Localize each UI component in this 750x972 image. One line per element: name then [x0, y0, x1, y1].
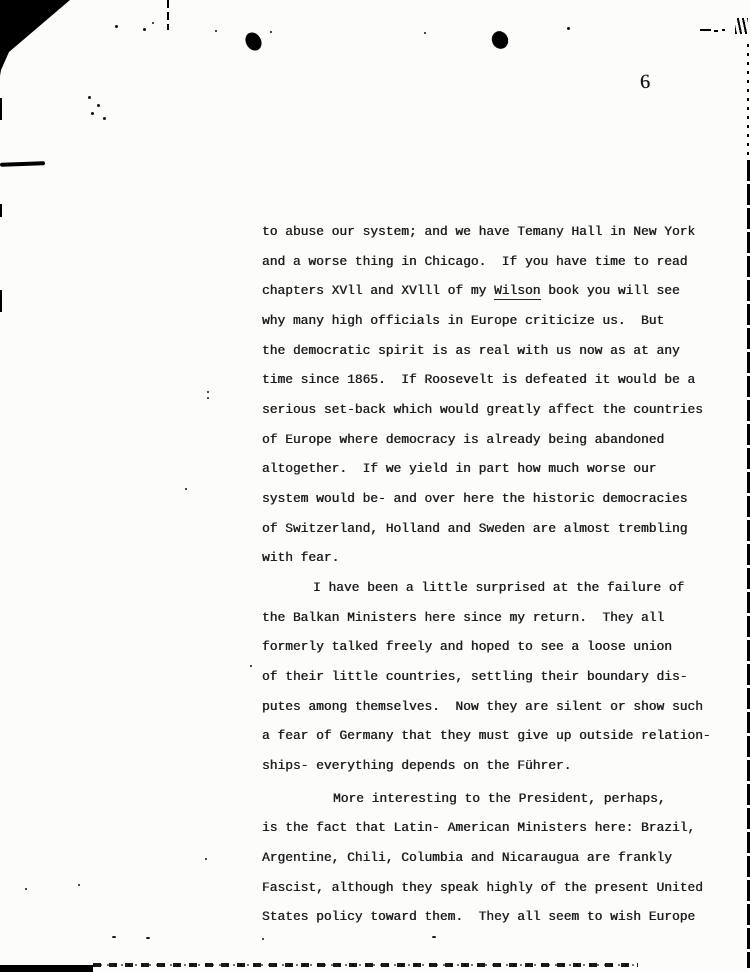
text-line: the Balkan Ministers here since my retur…: [262, 603, 732, 633]
scan-speck: [424, 32, 426, 34]
page-number: 6: [639, 71, 650, 94]
text-line-paragraph-start: I have been a little surprised at the fa…: [262, 573, 732, 603]
scan-speck: [91, 112, 94, 115]
scan-left-margin-dash: [0, 161, 45, 167]
text-line: serious set-back which would greatly aff…: [262, 395, 732, 425]
scan-speck: [215, 30, 217, 32]
hole-punch-right: [489, 28, 511, 51]
text-line: chapters XVll and XVlll of my Wilson boo…: [262, 276, 732, 306]
scan-right-edge-line-upper: [747, 44, 749, 160]
text-line: system would be- and over here the histo…: [262, 484, 732, 514]
text-line: time since 1865. If Roosevelt is defeate…: [262, 365, 732, 395]
scan-top-right-dash: [700, 29, 711, 31]
scan-top-right-dash: [714, 30, 718, 32]
scan-speck: [115, 25, 118, 28]
text-line: of Europe where democracy is already bei…: [262, 425, 732, 455]
text-line: Fascist, although they speak highly of t…: [262, 873, 732, 903]
scan-bottom-dotted-line: [93, 964, 638, 966]
scan-speck: [250, 665, 252, 667]
text-line: formerly talked freely and hoped to see …: [262, 632, 732, 662]
scan-speck: [143, 28, 146, 31]
scan-speck: [78, 884, 80, 886]
scan-speck: [262, 938, 264, 940]
text-line: and a worse thing in Chicago. If you hav…: [262, 247, 732, 277]
scan-left-edge-mark: [0, 204, 2, 217]
scan-speck: [432, 936, 436, 938]
scan-speck: [185, 488, 187, 490]
scan-speck: [146, 937, 150, 939]
text-line: a fear of Germany that they must give up…: [262, 721, 732, 751]
text-line: States policy toward them. They all seem…: [262, 902, 732, 932]
scan-top-right-scribble: [735, 18, 748, 34]
scan-bottom-bar: [0, 965, 93, 972]
scan-left-edge-mark: [0, 290, 2, 312]
scan-speck: [88, 96, 91, 99]
hole-punch-left: [242, 30, 264, 54]
text-line: putes among themselves. Now they are sil…: [262, 692, 732, 722]
text-line: is the fact that Latin- American Ministe…: [262, 813, 732, 843]
text-segment: book you will see: [541, 283, 680, 298]
scan-speck: [207, 397, 209, 399]
scan-top-edge-mark: [167, 0, 169, 30]
scan-speck: [207, 391, 209, 393]
scan-speck: [152, 22, 154, 24]
scan-left-edge-mark: [0, 98, 2, 120]
underlined-book-title: Wilson: [494, 283, 540, 300]
text-line: of Switzerland, Holland and Sweden are a…: [262, 514, 732, 544]
scanned-letter-page: 6 to abuse our system; and we have Teman…: [0, 0, 750, 972]
text-line: altogether. If we yield in part how much…: [262, 454, 732, 484]
text-line: Argentine, Chili, Columbia and Nicaraugu…: [262, 843, 732, 873]
scan-speck: [97, 104, 100, 107]
scan-speck: [270, 31, 272, 33]
text-line: of their little countries, settling thei…: [262, 662, 732, 692]
text-line: ships- everything depends on the Führer.: [262, 751, 732, 781]
scan-speck: [103, 117, 106, 120]
scan-speck: [112, 936, 116, 938]
scan-speck: [25, 888, 27, 890]
letter-body: to abuse our system; and we have Temany …: [262, 217, 732, 932]
scan-corner-fold: [0, 0, 80, 80]
scan-speck: [567, 27, 570, 30]
scan-top-right-dash: [722, 29, 725, 31]
text-line: the democratic spirit is as real with us…: [262, 336, 732, 366]
scan-speck: [205, 858, 207, 860]
text-line: with fear.: [262, 543, 732, 573]
text-line: to abuse our system; and we have Temany …: [262, 217, 732, 247]
text-line-paragraph-start: More interesting to the President, perha…: [262, 784, 732, 814]
text-line: why many high officials in Europe critic…: [262, 306, 732, 336]
text-segment: chapters XVll and XVlll of my: [262, 283, 494, 298]
